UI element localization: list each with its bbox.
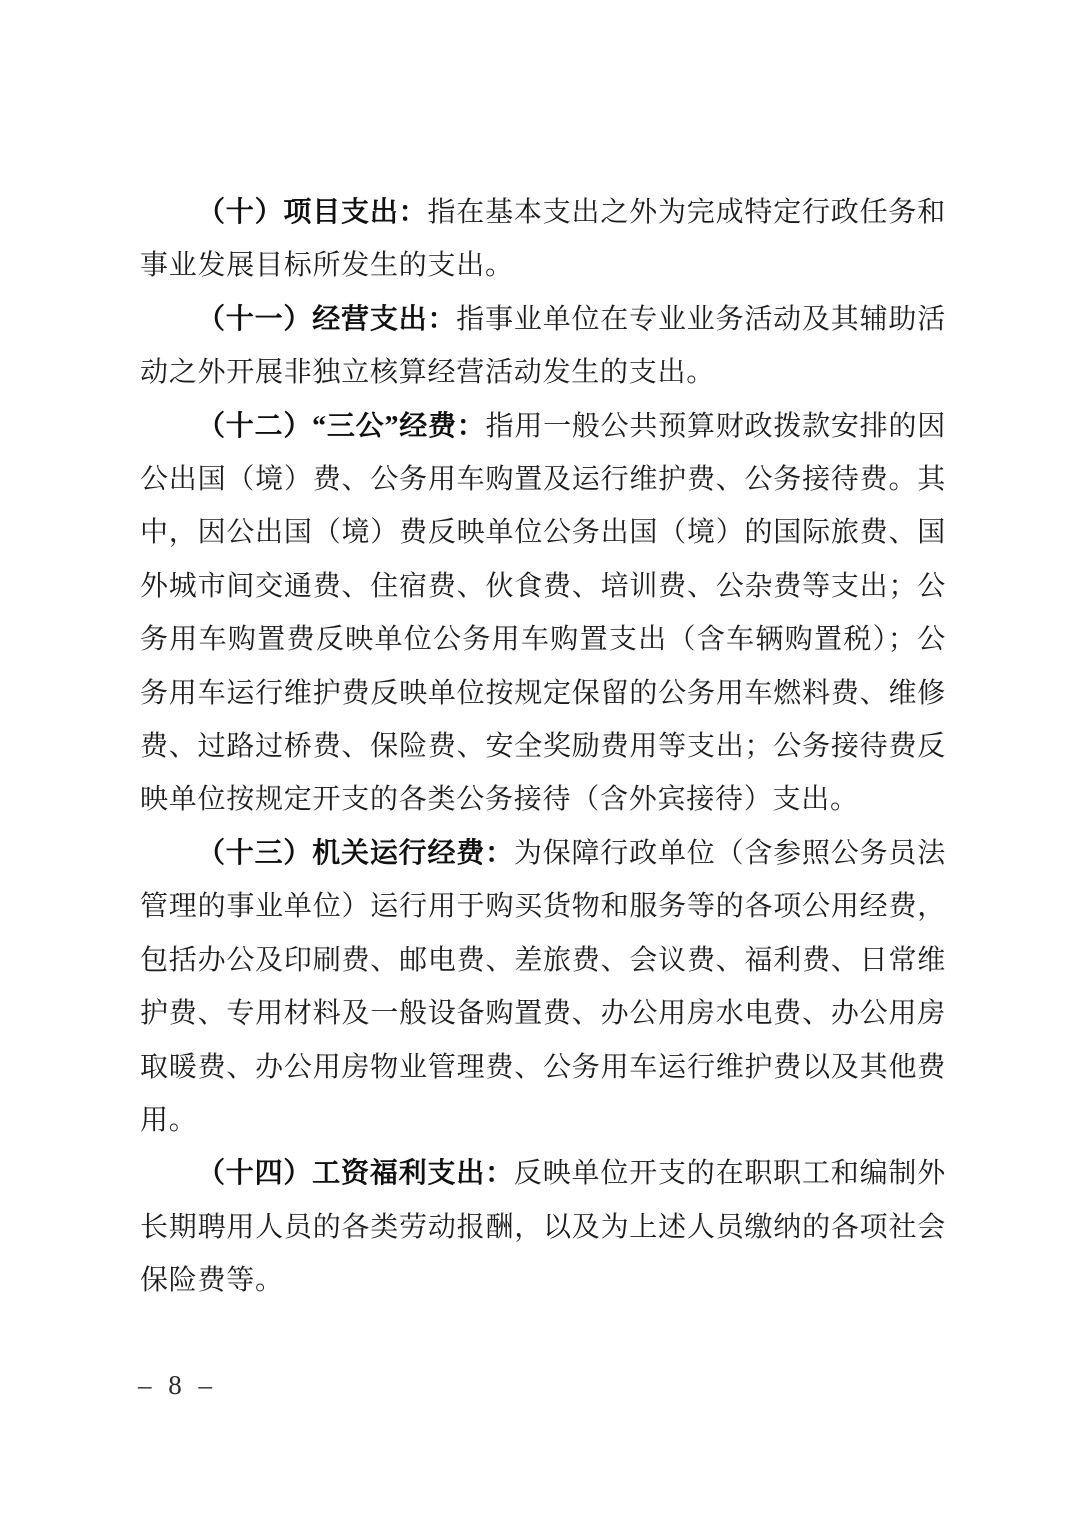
document-page: （十）项目支出：指在基本支出之外为完成特定行政任务和事业发展目标所发生的支出。 … xyxy=(0,0,1075,1520)
paragraph-10-project-expenditure: （十）项目支出：指在基本支出之外为完成特定行政任务和事业发展目标所发生的支出。 xyxy=(140,186,946,293)
paragraph-11-head: （十一）经营支出： xyxy=(197,304,456,335)
page-number: – 8 – xyxy=(138,1370,217,1401)
paragraph-12-body: 指用一般公共预算财政拨款安排的因公出国（境）费、公务用车购置及运行维护费、公务接… xyxy=(140,411,946,816)
document-body: （十）项目支出：指在基本支出之外为完成特定行政任务和事业发展目标所发生的支出。 … xyxy=(140,186,946,1308)
paragraph-13-body: 为保障行政单位（含参照公务员法管理的事业单位）运行用于购买货物和服务等的各项公用… xyxy=(140,838,946,1136)
paragraph-11-operating-expenditure: （十一）经营支出：指事业单位在专业业务活动及其辅助活动之外开展非独立核算经营活动… xyxy=(140,293,946,400)
paragraph-12-head: （十二）“三公”经费： xyxy=(197,411,486,442)
paragraph-14-head: （十四）工资福利支出： xyxy=(197,1158,514,1189)
paragraph-12-three-public-funds: （十二）“三公”经费：指用一般公共预算财政拨款安排的因公出国（境）费、公务用车购… xyxy=(140,400,946,827)
paragraph-13-agency-operating-funds: （十三）机关运行经费：为保障行政单位（含参照公务员法管理的事业单位）运行用于购买… xyxy=(140,827,946,1147)
paragraph-10-head: （十）项目支出： xyxy=(197,197,427,228)
paragraph-13-head: （十三）机关运行经费： xyxy=(197,838,514,869)
paragraph-14-wage-welfare-expenditure: （十四）工资福利支出：反映单位开支的在职职工和编制外长期聘用人员的各类劳动报酬，… xyxy=(140,1147,946,1307)
